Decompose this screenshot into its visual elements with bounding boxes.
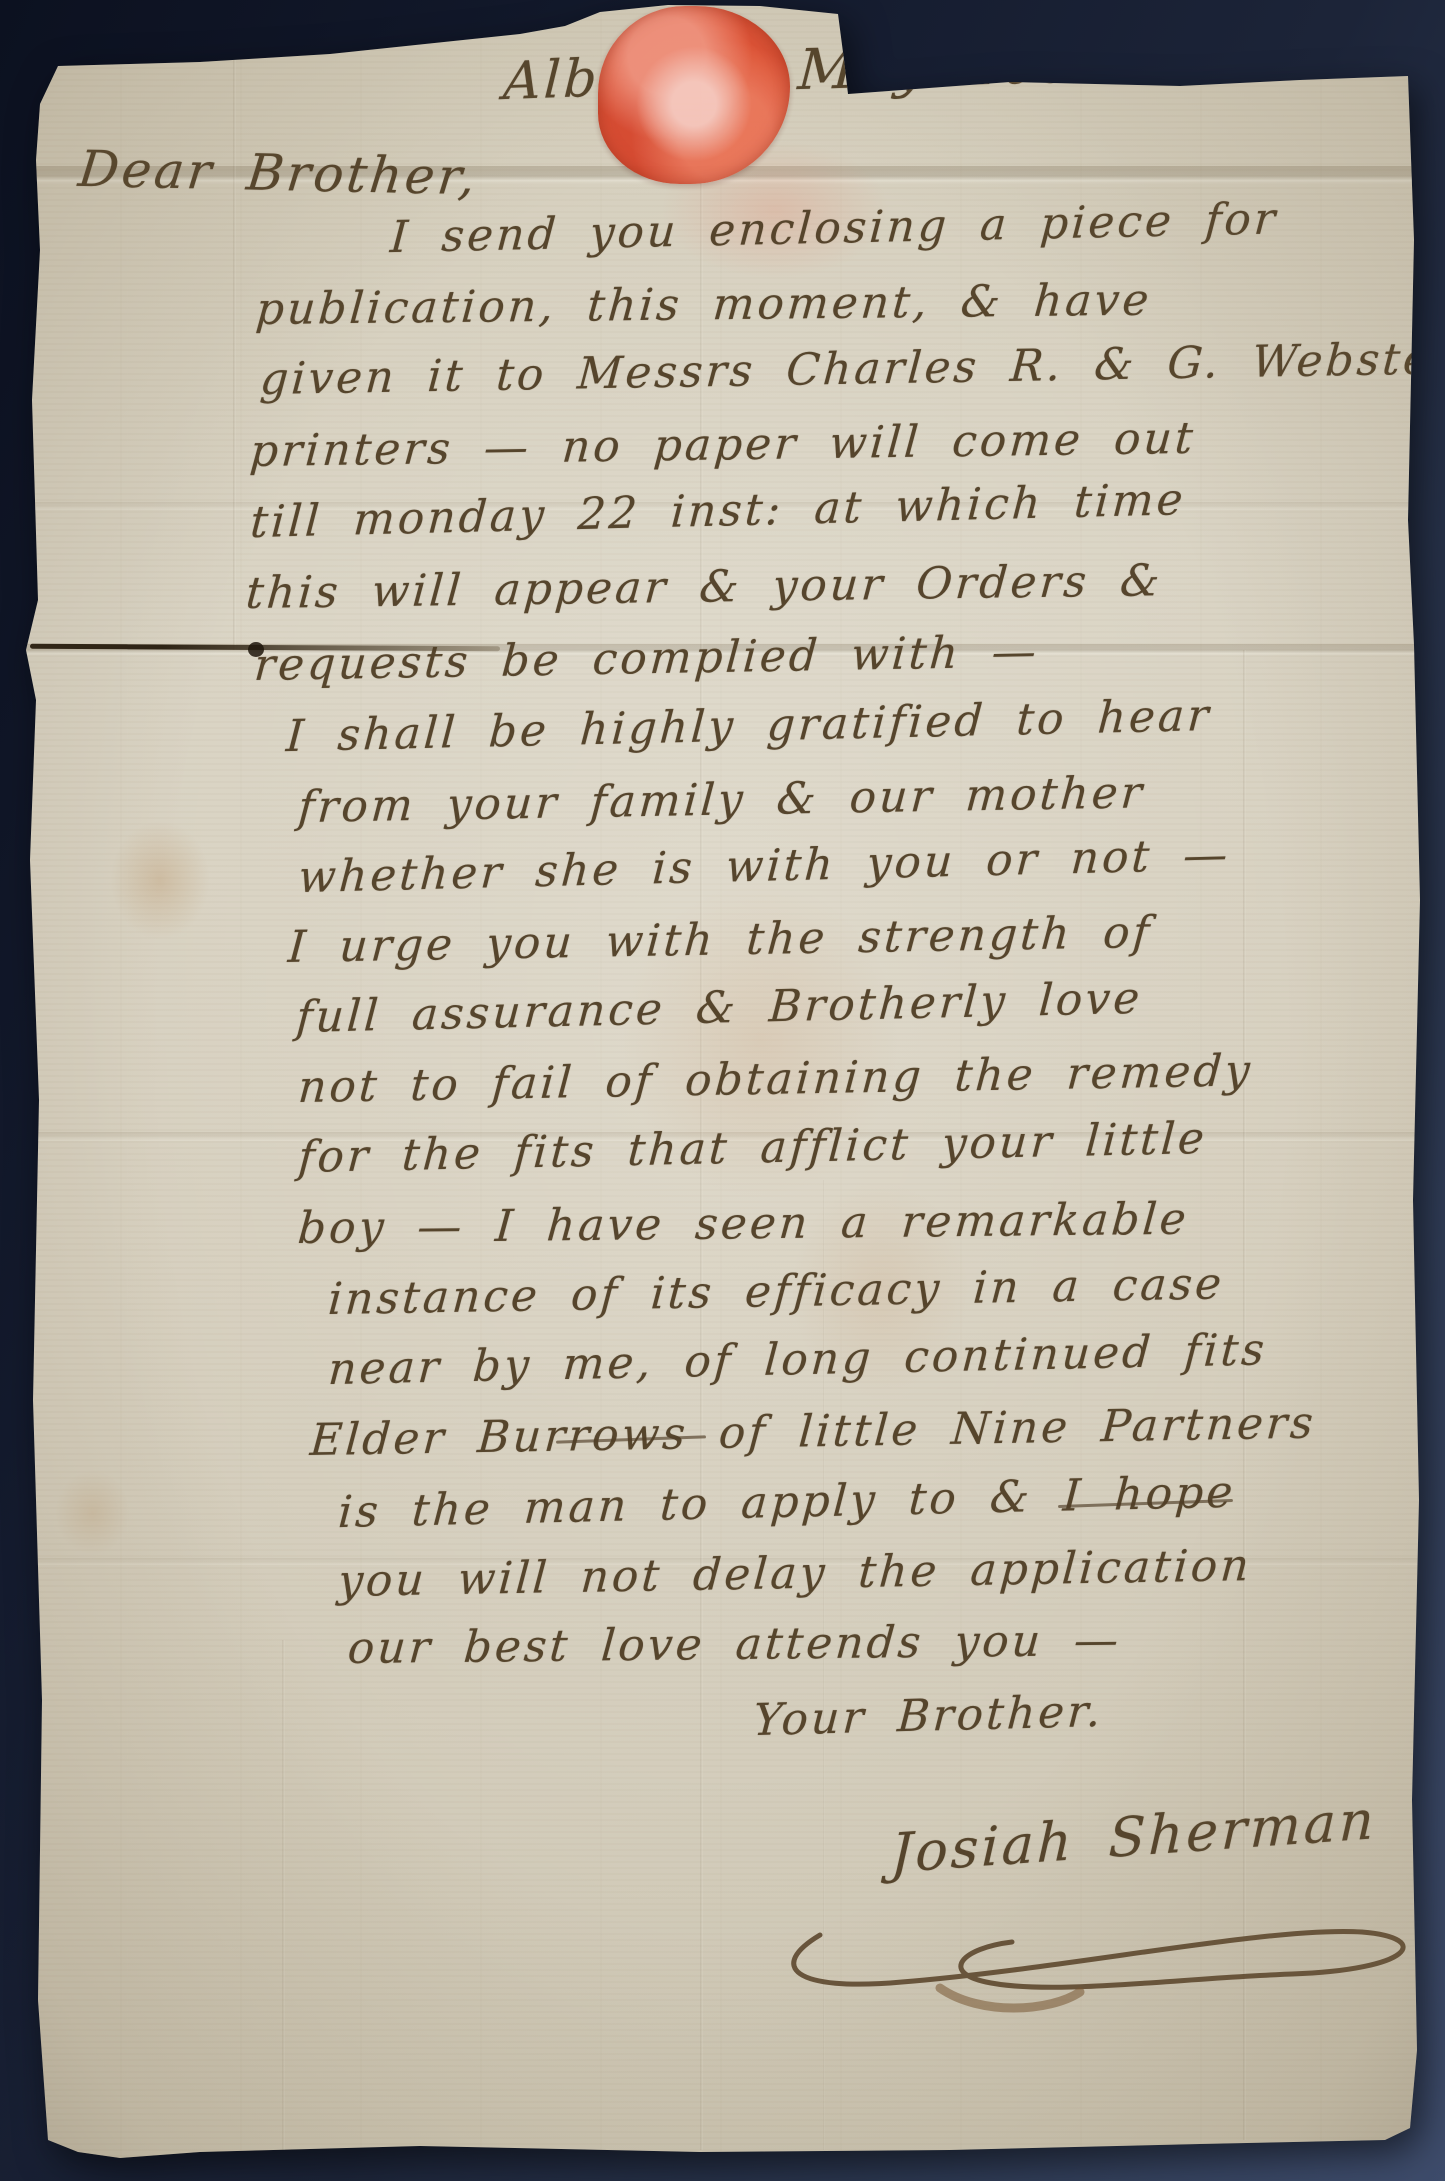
paper-shadow-wrapper: Alb May 20th 1809 Dear Brother, I send y… [0,0,1445,2181]
letter-paper: Alb May 20th 1809 Dear Brother, I send y… [0,0,1445,2181]
paper-vignette [0,0,1445,2181]
photo-backdrop: Alb May 20th 1809 Dear Brother, I send y… [0,0,1445,2181]
